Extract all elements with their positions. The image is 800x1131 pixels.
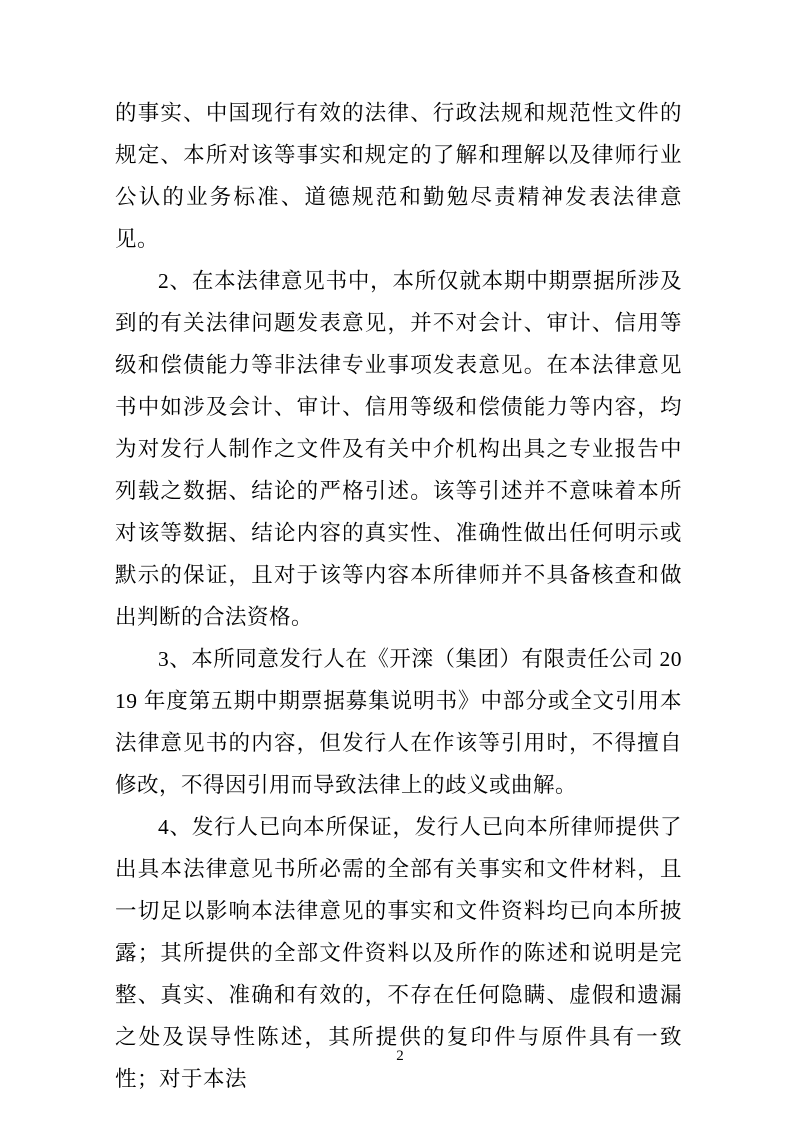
- paragraph-item-2: 2、在本法律意见书中，本所仅就本期中期票据所涉及到的有关法律问题发表意见，并不对…: [115, 260, 682, 638]
- document-body: 的事实、中国现行有效的法律、行政法规和规范性文件的规定、本所对该等事实和规定的了…: [115, 92, 682, 1100]
- paragraph-continuation: 的事实、中国现行有效的法律、行政法规和规范性文件的规定、本所对该等事实和规定的了…: [115, 92, 682, 260]
- document-page: 的事实、中国现行有效的法律、行政法规和规范性文件的规定、本所对该等事实和规定的了…: [0, 0, 800, 1131]
- paragraph-item-3: 3、本所同意发行人在《开滦（集团）有限责任公司 2019 年度第五期中期票据募集…: [115, 638, 682, 806]
- page-number: 2: [0, 1046, 800, 1066]
